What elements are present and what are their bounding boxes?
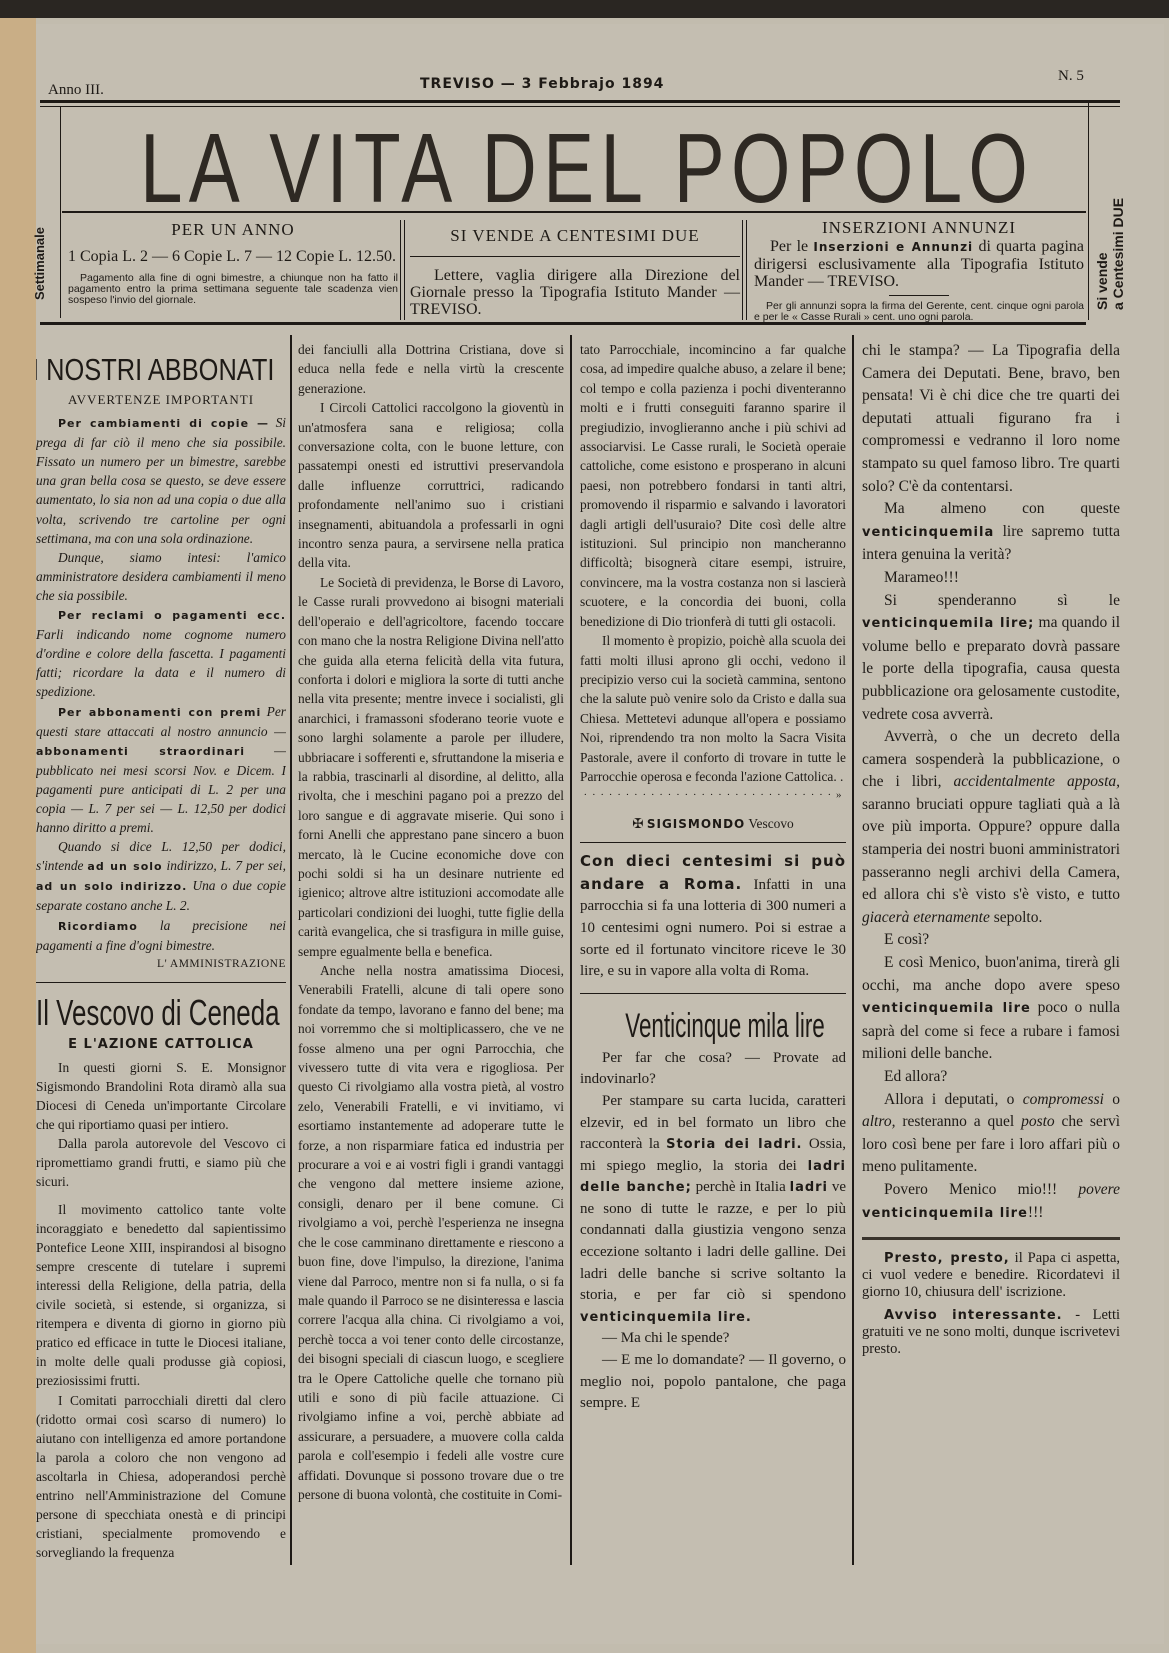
vescovo-p3: Il movimento cattolico tante volte incor… xyxy=(36,1200,286,1391)
venticinque-p5: chi le stampa? — La Tipografia della Cam… xyxy=(862,340,1120,498)
ads-rule xyxy=(889,295,949,296)
box-divider-1 xyxy=(400,220,401,320)
venticinque-p9: Avverrà, o che un decreto della camera s… xyxy=(862,726,1120,929)
column-1: I NOSTRI ABBONATI AVVERTENZE IMPORTANTI … xyxy=(36,352,286,1562)
ads-box: INSERZIONI ANNUNZI Per le Inserzioni e A… xyxy=(754,218,1084,323)
column-divider-3 xyxy=(852,335,854,1565)
issue-year: Anno III. xyxy=(48,82,104,99)
abbonati-headline: I NOSTRI ABBONATI xyxy=(36,352,240,388)
circolare-p5: tato Parrocchiale, incomincino a far qua… xyxy=(580,340,846,631)
section-rule xyxy=(36,982,286,983)
section-rule-3 xyxy=(580,993,846,994)
venticinque-p11: E così Menico, buon'anima, tirerà gli oc… xyxy=(862,952,1120,1066)
venticinque-p1: Per far che cosa? — Provate ad indovinar… xyxy=(580,1048,846,1091)
venticinque-p10: E così? xyxy=(862,929,1120,952)
vescovo-subhead: E L'AZIONE CATTOLICA xyxy=(36,1035,286,1054)
body-top-rule xyxy=(40,322,1086,325)
column-2: dei fanciulli alla Dottrina Cristiana, d… xyxy=(298,340,564,1562)
vescovo-p1: In questi giorni S. E. Monsignor Sigismo… xyxy=(36,1058,286,1134)
side-divider xyxy=(1088,100,1089,320)
ads-title: INSERZIONI ANNUNZI xyxy=(754,218,1084,238)
header-rule-thin xyxy=(40,106,1120,107)
abbonati-p1: Per cambiamenti di copie — Si prega di f… xyxy=(36,413,286,548)
venticinque-p7: Marameo!!! xyxy=(862,567,1120,590)
venticinque-headline: Venticinque mila lire xyxy=(625,1004,801,1048)
abbonati-signature: L' AMMINISTRAZIONE xyxy=(36,955,286,974)
box-divider-2b xyxy=(746,220,747,320)
circolare-p4: Anche nella nostra amatissima Diocesi, V… xyxy=(298,961,564,1504)
column-divider-2 xyxy=(570,335,572,1565)
venticinque-p8: Si spenderanno sì le venticinquemila lir… xyxy=(862,590,1120,727)
column-3: tato Parrocchiale, incomincino a far qua… xyxy=(580,340,846,1562)
circolare-p6: Il momento è propizio, poichè alla scuol… xyxy=(580,631,846,786)
vescovo-p4: I Comitati parrocchiali diretti dal cler… xyxy=(36,1391,286,1563)
abbonati-p5: Quando si dice L. 12,50 per dodici, s'in… xyxy=(36,837,286,915)
masthead-title: LA VITA DEL POPOLO xyxy=(140,112,811,225)
masthead-rule xyxy=(62,211,1086,213)
subscription-prices: 1 Copia L. 2 — 6 Copie L. 7 — 12 Copie L… xyxy=(68,248,398,265)
abbonati-p3: Per reclami o pagamenti ecc. Farli indic… xyxy=(36,605,286,701)
ads-note: Per gli annunzi sopra la firma del Geren… xyxy=(754,301,1084,323)
price-title: SI VENDE A CENTESIMI DUE xyxy=(410,226,740,246)
venticinque-p6: Ma almeno con queste venticinquemila lir… xyxy=(862,498,1120,567)
column-divider-1 xyxy=(290,335,292,1565)
column-4: chi le stampa? — La Tipografia della Cam… xyxy=(862,340,1120,1562)
abbonati-p6: Ricordiamo la precisione nei pagamenti a… xyxy=(36,916,286,955)
venticinque-p3: — Ma chi le spende? xyxy=(580,1328,846,1350)
masthead-frame-left xyxy=(60,106,61,318)
venticinque-p14: Povero Menico mio!!! povere venticinquem… xyxy=(862,1179,1120,1225)
ads-text: Per le Inserzioni e Annunzi di quarta pa… xyxy=(754,238,1084,290)
right-side-label: Si vende xyxy=(1094,110,1110,310)
presto-notice: Presto, presto, il Papa ci aspetta, ci v… xyxy=(862,1250,1120,1301)
venticinque-p4: — E me lo domandate? — Il governo, o meg… xyxy=(580,1350,846,1415)
box-divider-1b xyxy=(404,220,405,320)
venticinque-p2: Per stampare su carta lucida, caratteri … xyxy=(580,1091,846,1329)
subscription-note: Pagamento alla fine di ogni bimestre, a … xyxy=(68,273,398,306)
vescovo-p2: Dalla parola autorevole del Vescovo ci r… xyxy=(36,1134,286,1191)
price-rule xyxy=(410,256,740,257)
circolare-p2: I Circoli Cattolici raccolgono la gioven… xyxy=(298,398,564,573)
avviso-notice: Avviso interessante. - Letti gratuiti ve… xyxy=(862,1307,1120,1358)
dotted-line: · · · · · · · · · · · · · · · · · · · · … xyxy=(580,786,846,805)
abbonati-p4: Per abbonamenti con premi Per questi sta… xyxy=(36,702,286,838)
roma-notice: Con dieci centesimi si può andare a Roma… xyxy=(580,851,846,983)
left-side-label: Settimanale xyxy=(32,150,47,300)
header-rule xyxy=(40,100,1120,103)
right-side-label-2: a Centesimi DUE xyxy=(1110,110,1126,310)
section-rule-4 xyxy=(862,1237,1120,1240)
venticinque-p13: Allora i deputati, o compromessi o altro… xyxy=(862,1089,1120,1179)
circolare-p1: dei fanciulli alla Dottrina Cristiana, d… xyxy=(298,340,564,398)
bishop-signature: ✠ SIGISMONDO Vescovo xyxy=(580,814,846,834)
subscription-box: PER UN ANNO 1 Copia L. 2 — 6 Copie L. 7 … xyxy=(68,220,398,306)
cross-icon: ✠ xyxy=(632,816,643,831)
dateline: TREVISO — 3 Febbrajo 1894 xyxy=(420,76,664,92)
issue-number: N. 5 xyxy=(1058,68,1084,85)
abbonati-p2: Dunque, siamo intesi: l'amico amministra… xyxy=(36,548,286,605)
abbonati-subhead: AVVERTENZE IMPORTANTI xyxy=(36,390,286,409)
price-box: SI VENDE A CENTESIMI DUE Lettere, vaglia… xyxy=(410,226,740,318)
subscription-title: PER UN ANNO xyxy=(68,220,398,240)
section-rule-2 xyxy=(580,842,846,843)
price-text: Lettere, vaglia dirigere alla Direzione … xyxy=(410,267,740,318)
vescovo-headline: Il Vescovo di Ceneda xyxy=(36,993,216,1033)
circolare-p3: Le Società di previdenza, le Borse di La… xyxy=(298,573,564,961)
venticinque-p12: Ed allora? xyxy=(862,1066,1120,1089)
page-edge xyxy=(0,18,36,1653)
box-divider-2 xyxy=(742,220,743,320)
